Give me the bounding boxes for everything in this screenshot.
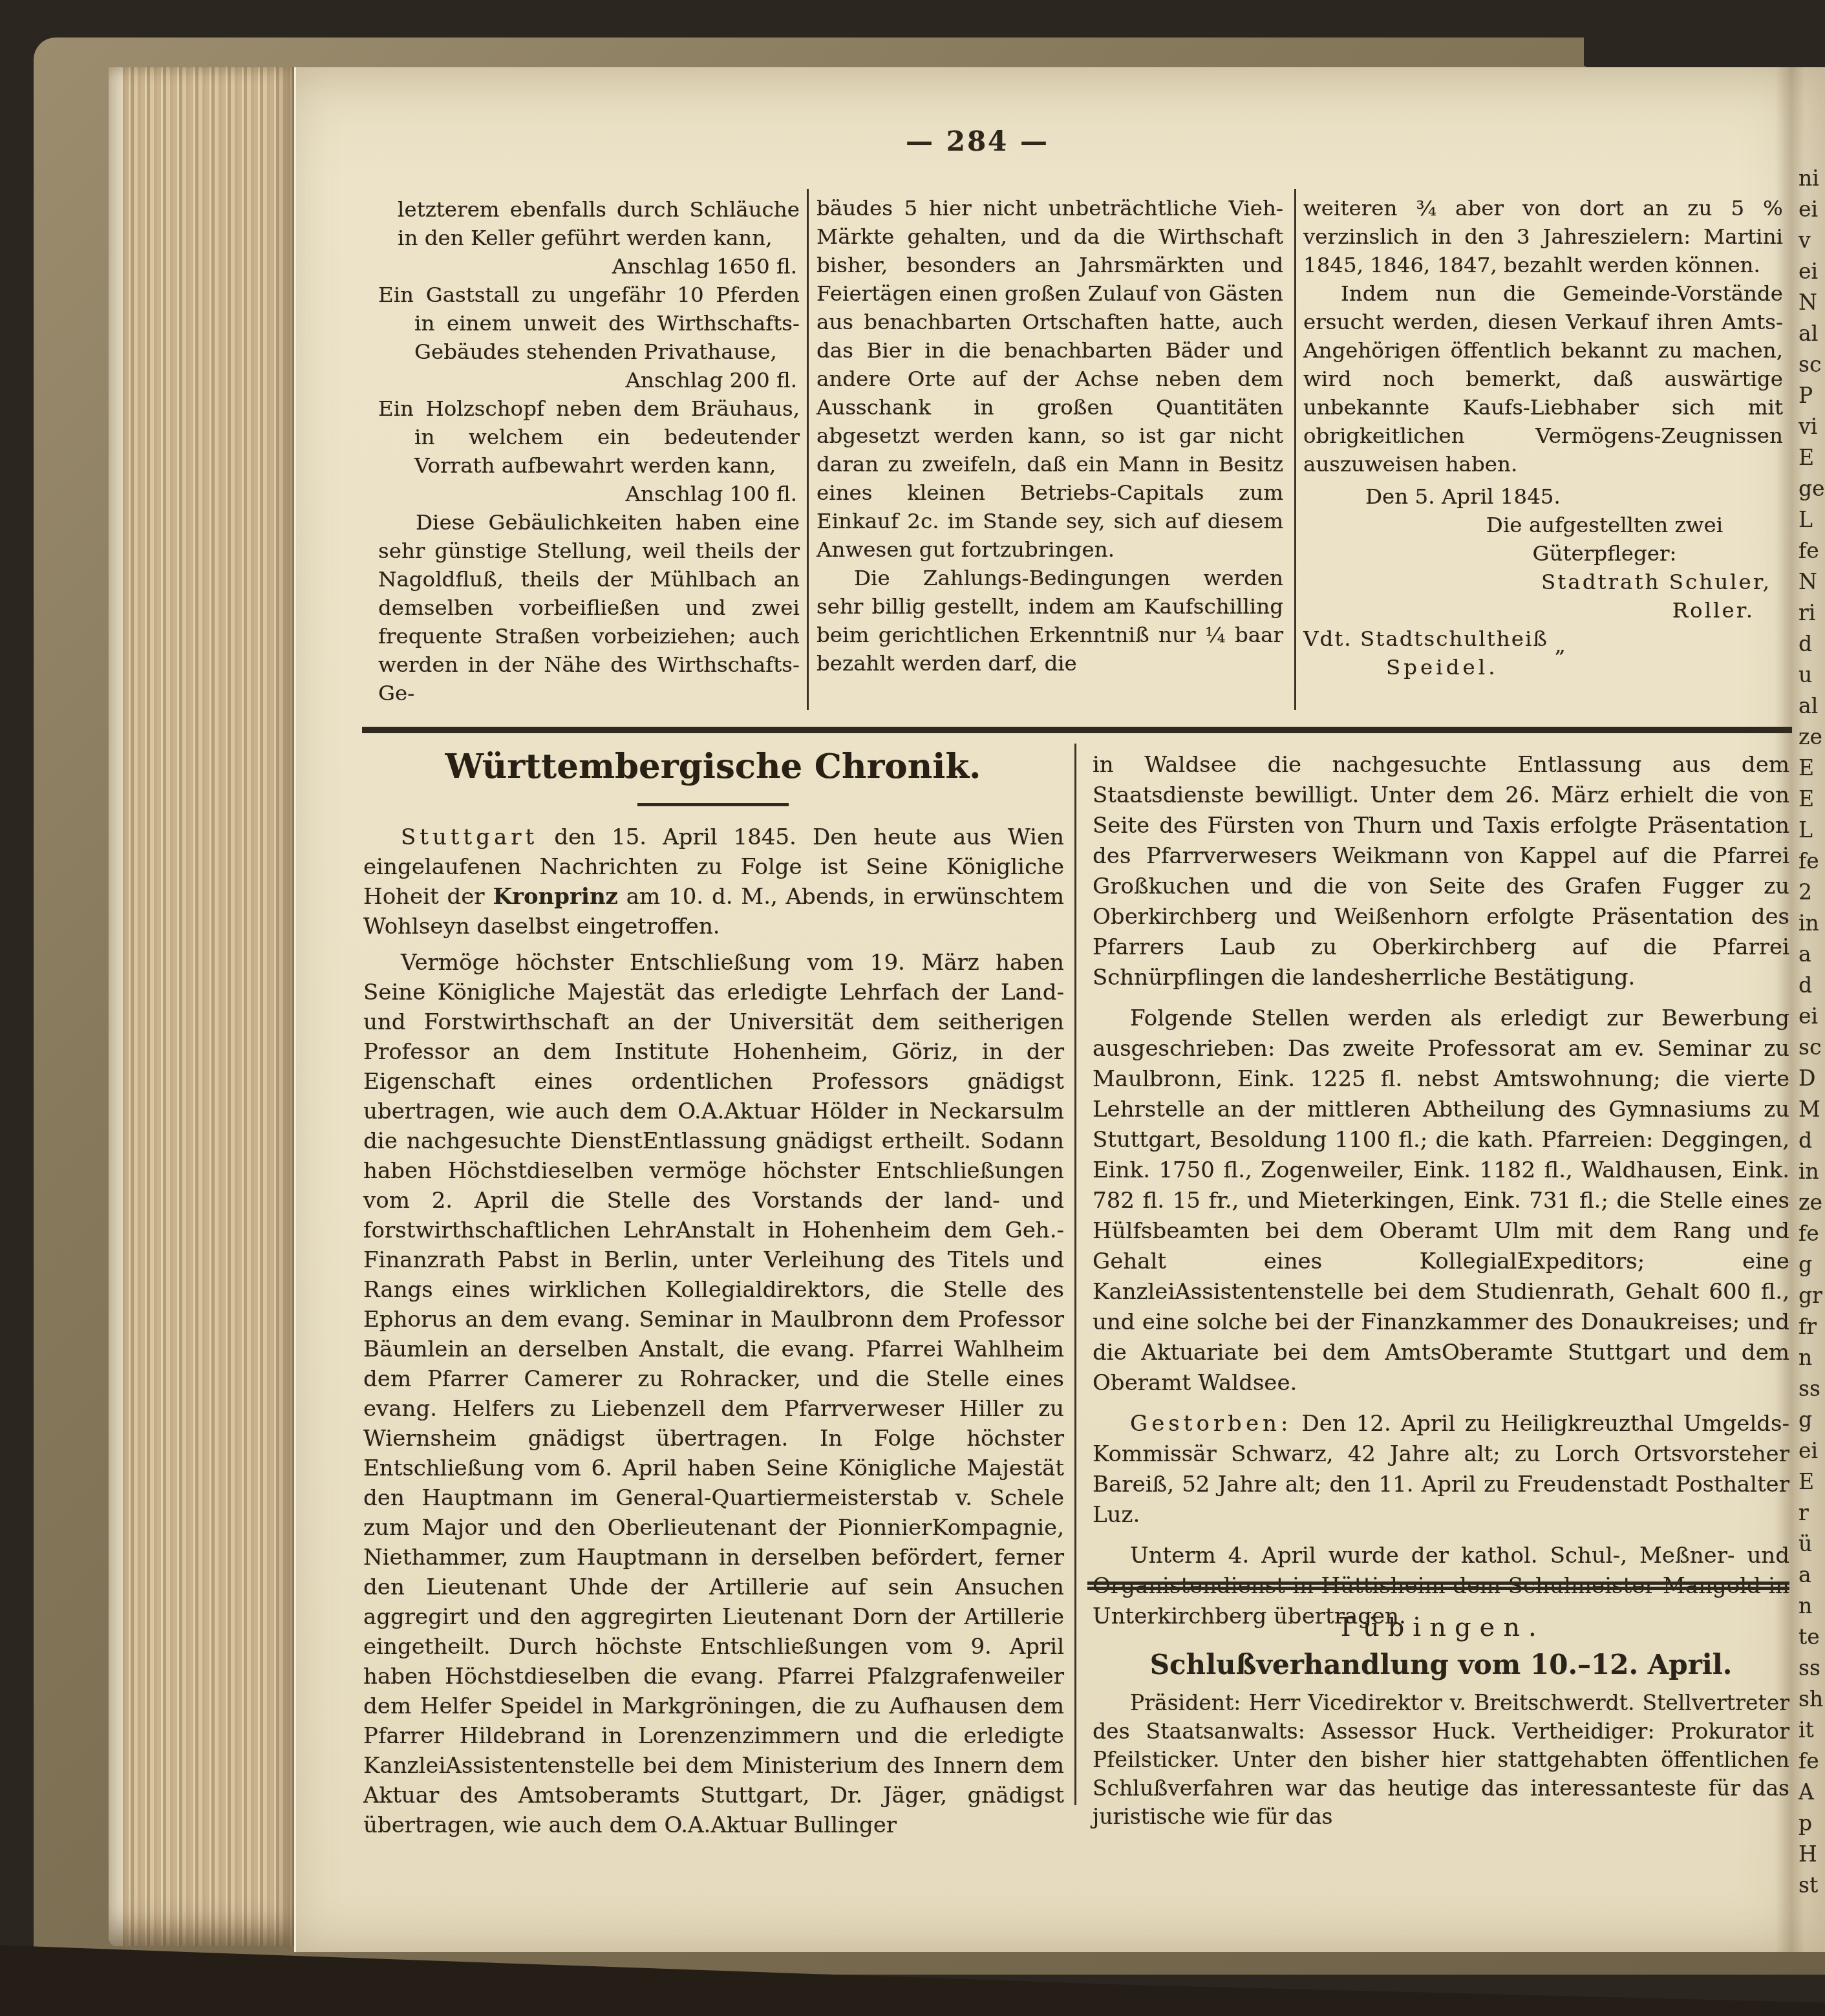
paragraph: Die Zahlungs-Bedingungen werden sehr bil… bbox=[816, 564, 1283, 678]
estimate-line: Anschlag 200 fl. bbox=[378, 366, 800, 394]
paragraph: weiteren ¾ aber von dort an zu 5 % verzi… bbox=[1303, 194, 1783, 279]
column-divider-1 bbox=[807, 189, 809, 710]
kronprinz-bold: Kronprinz bbox=[493, 884, 618, 910]
paragraph: Folgende Stellen werden als erledigt zur… bbox=[1093, 1003, 1789, 1399]
tuebingen-title: Tübingen. bbox=[1093, 1613, 1789, 1642]
dateline-city: Stuttgart bbox=[401, 824, 538, 850]
facing-page-text-fragments: ni ei v ei N al sc P vi E ge L fe N ri d… bbox=[1798, 163, 1825, 1941]
paragraph: Ein Gaststall zu ungefähr 10 Pferden in … bbox=[378, 281, 800, 366]
chronicle-left-column: Stuttgart den 15. April 1845. Den heute … bbox=[363, 822, 1064, 1847]
paragraph: letzterem ebenfalls durch Schläuche in d… bbox=[378, 195, 800, 252]
date-line: Den 5. April 1845. bbox=[1303, 482, 1783, 511]
page-number: — 284 — bbox=[848, 125, 1107, 157]
ditto-mark: „ bbox=[1555, 631, 1567, 659]
title-underline-rule bbox=[637, 803, 789, 806]
tuebingen-subtitle: Schlußverhandlung vom 10.–12. April. bbox=[1093, 1649, 1789, 1680]
signature-line: Speidel. bbox=[1303, 653, 1783, 681]
paragraph: Diese Gebäulichkeiten haben eine sehr gü… bbox=[378, 508, 800, 707]
chronicle-right-column: in Waldsee die nachgesuchte Entlassung a… bbox=[1093, 750, 1789, 1642]
top-column-1: letzterem ebenfalls durch Schläuche in d… bbox=[378, 195, 800, 707]
section-rule bbox=[362, 727, 1792, 733]
paragraph: Präsident: Herr Vicedirektor v. Breitsch… bbox=[1093, 1689, 1789, 1831]
tuebingen-paragraph: Präsident: Herr Vicedirektor v. Breitsch… bbox=[1093, 1689, 1789, 1831]
signature-line: Güterpfleger: bbox=[1303, 539, 1783, 568]
paragraph: bäudes 5 hier nicht unbeträchtliche Vieh… bbox=[816, 194, 1283, 564]
signature-line: Die aufgestellten zwei bbox=[1303, 511, 1783, 539]
top-column-3: weiteren ¾ aber von dort an zu 5 % verzi… bbox=[1303, 194, 1783, 681]
column-divider-2 bbox=[1294, 189, 1296, 710]
double-rule bbox=[1087, 1582, 1789, 1590]
paragraph: Ein Holzschopf neben dem Bräuhaus, in we… bbox=[378, 394, 800, 480]
signature-line: Vdt. Stadtschultheiß„ bbox=[1303, 625, 1783, 653]
page-fore-edge-stack bbox=[109, 67, 299, 1946]
estimate-line: Anschlag 1650 fl. bbox=[378, 252, 800, 281]
signature-line: Stadtrath Schuler, bbox=[1303, 568, 1783, 596]
paragraph: in Waldsee die nachgesuchte Entlassung a… bbox=[1093, 750, 1789, 993]
signature-text: Vdt. Stadtschultheiß bbox=[1303, 627, 1548, 651]
paragraph: Gestorben: Den 12. April zu Heiligkreuzt… bbox=[1093, 1409, 1789, 1530]
chronicle-title: Württembergische Chronik. bbox=[362, 746, 1064, 786]
signature-line: Roller. bbox=[1303, 596, 1783, 625]
column-divider-3 bbox=[1074, 744, 1076, 1805]
estimate-line: Anschlag 100 fl. bbox=[378, 480, 800, 508]
paragraph: Stuttgart den 15. April 1845. Den heute … bbox=[363, 822, 1064, 941]
scanned-book-photo: — 284 — letzterem ebenfalls durch Schläu… bbox=[0, 0, 1825, 2016]
top-column-2: bäudes 5 hier nicht unbeträchtliche Vieh… bbox=[816, 194, 1283, 678]
paragraph: Vermöge höchster Entschließung vom 19. M… bbox=[363, 948, 1064, 1840]
deaths-lead: Gestorben: bbox=[1130, 1411, 1292, 1437]
paragraph: Indem nun die Gemeinde-Vorstände ersucht… bbox=[1303, 279, 1783, 478]
